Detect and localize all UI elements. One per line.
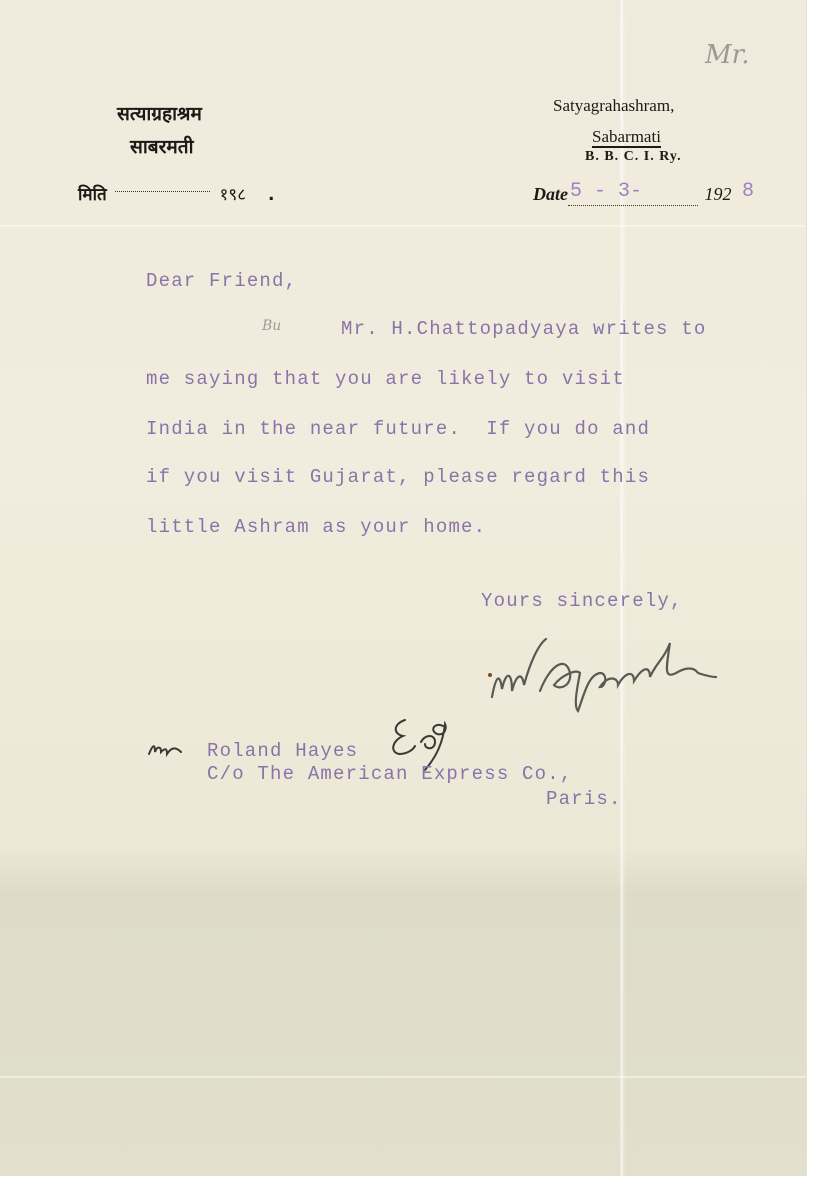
hindi-period: .: [268, 185, 274, 205]
hindi-date-label: मिति: [78, 185, 107, 205]
margin-mark: Bu: [262, 318, 281, 334]
hindi-date-field: मिति १९८ .: [78, 182, 274, 205]
date-blank: 5 - 3-: [568, 184, 698, 206]
year-prefix: 192: [705, 184, 732, 204]
letter-paper: Mr. सत्याग्रहाश्रम साबरमती मिति १९८ . Sa…: [0, 0, 807, 1176]
letterhead-english-name: Satyagrahashram,: [553, 96, 674, 116]
letterhead-hindi-name: सत्याग्रहाश्रम: [117, 100, 202, 126]
salutation: Dear Friend,: [146, 270, 297, 292]
letterhead-hindi-place: साबरमती: [130, 133, 194, 159]
signature-icon: [480, 615, 740, 715]
date-label: Date: [533, 184, 568, 204]
recipient-name: Roland Hayes: [207, 740, 358, 762]
handwritten-mr-icon: [147, 740, 183, 760]
body-line: me saying that you are likely to visit: [146, 368, 625, 390]
fold-line: [620, 0, 623, 1176]
date-field: Date5 - 3- 192 8: [533, 184, 754, 207]
body-line: if you visit Gujarat, please regard this: [146, 466, 650, 488]
letterhead-english-place: Sabarmati: [592, 128, 661, 148]
hindi-date-blank: [115, 191, 210, 192]
hindi-year-prefix: १९८: [220, 185, 247, 205]
closing: Yours sincerely,: [481, 590, 683, 612]
year-suffix: 8: [742, 180, 754, 203]
fold-line: [0, 225, 806, 227]
date-value: 5 - 3-: [570, 180, 642, 203]
recipient-line2: C/o The American Express Co.,: [207, 763, 572, 785]
body-line: India in the near future. If you do and: [146, 418, 650, 440]
fold-line: [0, 1076, 806, 1078]
body-line: Mr. H.Chattopadyaya writes to: [341, 318, 706, 340]
pencil-annotation: Mr.: [705, 40, 749, 70]
recipient-line3: Paris.: [546, 788, 622, 810]
letterhead-railway: B. B. C. I. Ry.: [585, 149, 682, 165]
body-line: little Ashram as your home.: [146, 516, 486, 538]
